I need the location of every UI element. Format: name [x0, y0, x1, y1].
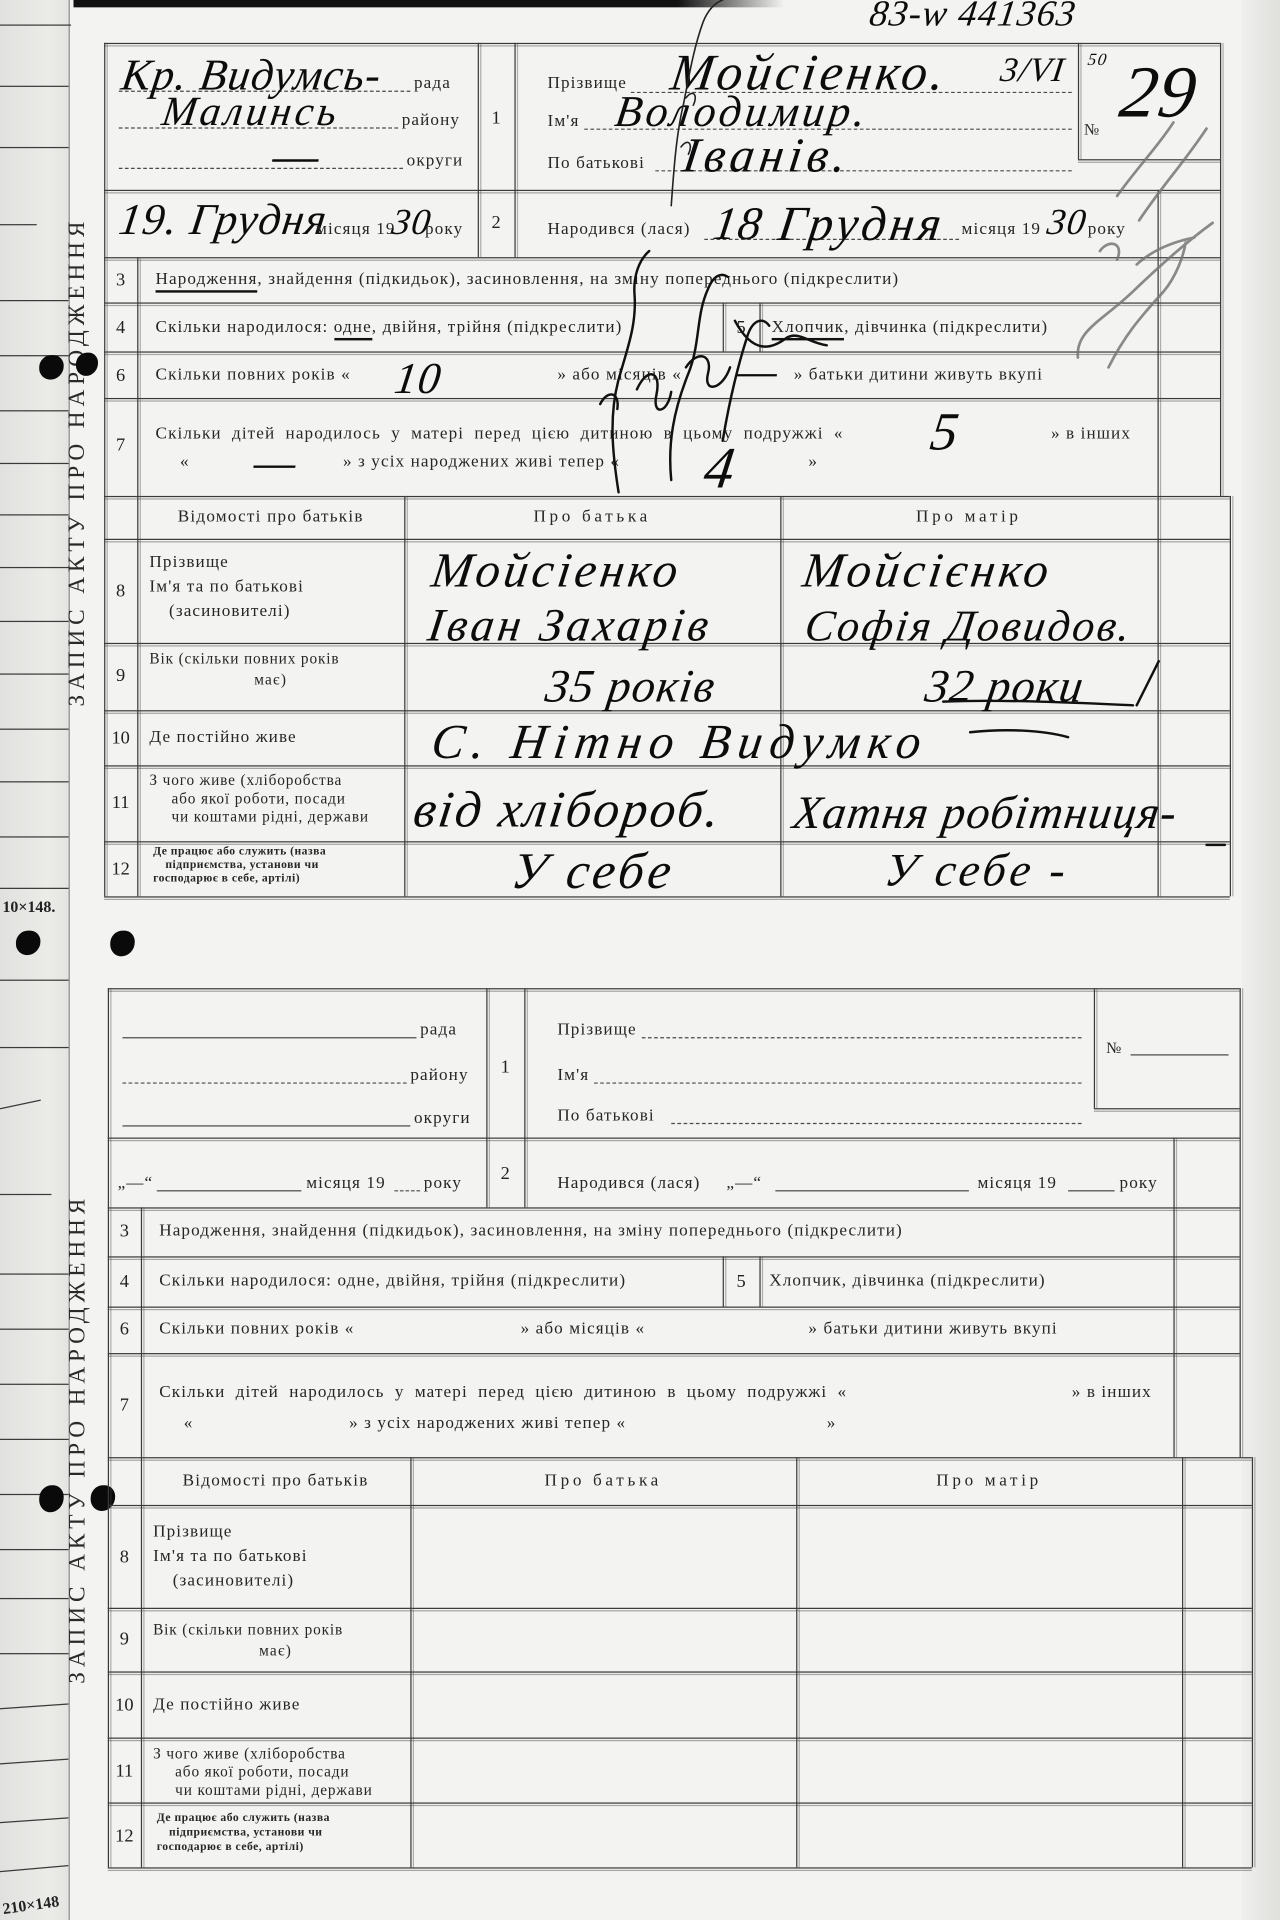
row12-label: господарює в себе, артілі)	[153, 874, 300, 886]
sheet-edge	[0, 1703, 68, 1709]
mother-age: 32 роки	[922, 664, 1087, 711]
sheet-edge	[0, 410, 69, 411]
value-born-month: Грудня	[775, 200, 948, 249]
date-placeholder: „—“	[118, 1176, 154, 1193]
label-okrugy: округи	[414, 1111, 471, 1128]
value-record-note-sup: 50	[1086, 53, 1108, 70]
sheet-edge	[0, 1384, 69, 1385]
form-rule	[108, 1505, 1252, 1506]
row3-rest: , знайдення (підкидьок), засиновлення, н…	[261, 1222, 903, 1240]
sheet-edge	[0, 836, 69, 837]
form-rule	[1078, 159, 1220, 160]
form-rule	[1158, 190, 1159, 496]
label-rada: рада	[414, 76, 451, 93]
value-years-together: 10	[392, 356, 445, 400]
form-rule	[104, 841, 1230, 842]
row11-label: чи коштами рідні, держави	[175, 1783, 372, 1798]
label-number-sign: №	[1084, 121, 1100, 137]
form-rule	[108, 1307, 1240, 1308]
row9-label: Вік (скільки повних років	[153, 1622, 343, 1637]
row5-sex: Хлопчик, дівчинка (підкреслити)	[769, 1273, 1046, 1290]
row6-years-label: Скільки повних років «	[159, 1321, 354, 1338]
form-rule	[108, 988, 109, 1867]
form-rule	[1240, 988, 1241, 1457]
page-edge-strip	[0, 0, 70, 1920]
row11-label: З чого живе (хліборобства	[149, 773, 342, 788]
form-rule	[108, 1457, 1252, 1458]
row8-label: Прізвище	[153, 1524, 232, 1541]
sheet-edge	[0, 1758, 68, 1764]
row-number: 1	[478, 110, 515, 128]
row6-tail-label: » батьки дитини живуть вкупі	[808, 1321, 1057, 1338]
label-month-year: місяця 19	[316, 222, 396, 239]
row-number: 1	[486, 1059, 524, 1077]
form-rule	[796, 1457, 797, 1867]
size-mark-top: 10×148.	[2, 898, 55, 918]
row4-option: одне	[337, 1272, 375, 1290]
row7-quote: «	[180, 454, 190, 471]
archive-code: 83-w 441363	[867, 0, 1079, 33]
fill-line	[122, 1082, 406, 1083]
sheet-edge	[0, 514, 69, 515]
sheet-edge	[0, 781, 69, 782]
row8-label: (засиновителі)	[173, 1573, 294, 1590]
row-number: 10	[108, 1697, 141, 1715]
sheet-edge	[0, 224, 37, 225]
sheet-edge	[0, 24, 71, 25]
row3-option: Народження	[159, 1222, 261, 1240]
underlined-option: одне	[334, 318, 372, 340]
row-number: 8	[108, 1549, 141, 1567]
row-number: 11	[108, 1763, 141, 1781]
value-raion: Малинсь	[159, 92, 343, 134]
row4-text: , двійня, трійня (підкреслити)	[372, 318, 623, 336]
row11-label: З чого живе (хліборобства	[153, 1746, 346, 1761]
row8-label: Ім'я та по батькові	[149, 579, 304, 596]
fill-line	[1131, 1054, 1229, 1055]
row5-option: Хлопчик	[769, 1272, 842, 1290]
form-rule	[108, 1207, 1240, 1208]
value-children-this-marriage: 5	[927, 405, 963, 459]
fill-line	[122, 1037, 416, 1038]
mother-surname: Мойсієнко	[800, 546, 1056, 595]
row4-text: , двійня, трійня (підкреслити)	[375, 1272, 626, 1290]
form-rule	[104, 398, 1220, 399]
form-rule	[759, 302, 760, 351]
label-month-year: місяця 19	[962, 222, 1042, 239]
row4-multiplicity: Скільки народилося: одне, двійня, трійня…	[159, 1273, 626, 1290]
underlined-option: Народження	[156, 271, 258, 293]
row-number: 2	[478, 214, 515, 232]
row-number: 8	[104, 583, 137, 601]
sheet-edge	[0, 729, 69, 730]
row10-label: Де постійно живе	[153, 1697, 300, 1714]
residence: С. Нітно Видумко	[429, 718, 932, 767]
row7-alive-label: » з усіх народжених живі тепер «	[349, 1416, 626, 1433]
label-patronymic: По батькові	[548, 156, 645, 173]
sheet-edge	[0, 1653, 69, 1654]
row11-label: або якої роботи, посади	[175, 1764, 349, 1779]
fill-line	[119, 168, 403, 169]
row6-years-label: Скільки повних років «	[156, 367, 351, 384]
form-rule	[104, 43, 1220, 44]
value-okruha: —	[269, 131, 323, 182]
row10-label: Де постійно живе	[149, 730, 296, 747]
row8-label: Ім'я та по батькові	[153, 1549, 308, 1566]
fill-line	[775, 1190, 969, 1191]
row9-label: Вік (скільки повних років	[149, 651, 339, 666]
row7-other-label: » в інших	[1051, 426, 1131, 443]
row-number: 6	[104, 367, 137, 385]
born-date-placeholder: „—“	[726, 1176, 762, 1193]
sheet-edge	[0, 1194, 51, 1195]
sheet-edge	[0, 673, 69, 674]
row4-text: Скільки народилося:	[159, 1272, 337, 1290]
row7-children-label: Скільки дітей народилось у матері перед …	[159, 1385, 847, 1402]
sheet-edge	[0, 1439, 69, 1440]
form-rule	[1230, 496, 1231, 896]
row-number: 5	[723, 1273, 760, 1291]
form-rule	[104, 43, 105, 896]
row6-tail-label: » батьки дитини живуть вкупі	[794, 367, 1043, 384]
col-header-mother: Про матір	[796, 1473, 1182, 1490]
form-rule	[1078, 43, 1079, 159]
label-raionu: району	[402, 113, 460, 130]
row9-label: має)	[137, 672, 404, 687]
label-okrugy: округи	[407, 153, 464, 170]
form-rule	[404, 496, 405, 896]
form-rule	[1173, 1138, 1174, 1458]
label-year: року	[424, 1176, 462, 1193]
form-rule	[1220, 43, 1221, 496]
sheet-edge	[0, 86, 69, 87]
form-rule	[1252, 1457, 1253, 1867]
row7-quote: «	[184, 1416, 194, 1433]
value-record-note: 3/VI	[998, 54, 1067, 88]
row-number: 3	[108, 1223, 141, 1241]
father-workplace: У себе	[508, 846, 678, 897]
row-number: 12	[108, 1828, 141, 1846]
form-rule	[759, 1256, 760, 1306]
sheet-edge	[0, 1865, 68, 1872]
row12-label: господарює в себе, артілі)	[157, 1843, 304, 1855]
punch-hole	[110, 931, 134, 957]
col-header-father: Про батька	[410, 1473, 796, 1490]
form-rule	[137, 257, 138, 896]
col-header-info: Відомості про батьків	[137, 509, 404, 526]
fill-line	[394, 1190, 420, 1191]
sheet-edge	[0, 621, 69, 622]
form-rule	[104, 539, 1230, 540]
punch-hole	[76, 353, 98, 376]
row5-text: , дівчинка (підкреслити)	[844, 318, 1048, 336]
form-rule	[104, 302, 1220, 303]
underlined-option: Хлопчик	[772, 318, 845, 340]
side-title-top: ЗАПИС АКТУ ПРО НАРОДЖЕННЯ	[64, 195, 91, 728]
form-rule	[514, 43, 515, 257]
form-rule	[104, 257, 1220, 258]
row-number: 4	[104, 320, 137, 338]
label-raionu: району	[410, 1068, 468, 1085]
fill-line	[594, 1082, 1082, 1083]
form-rule	[1094, 1108, 1240, 1109]
row12-label: Де працює або служить (назва	[157, 1813, 330, 1825]
label-given-name: Ім'я	[557, 1068, 589, 1085]
row-number: 11	[104, 795, 137, 813]
father-occupation: від хлібороб.	[410, 785, 725, 836]
father-name: Іван Захарів	[425, 602, 715, 649]
mother-workplace: У себе -	[882, 847, 1072, 894]
label-surname: Прізвище	[548, 76, 627, 93]
sheet-edge	[0, 300, 69, 301]
row-number: 6	[108, 1321, 141, 1339]
row11-label: або якої роботи, посади	[171, 791, 345, 806]
sheet-edge	[0, 888, 69, 889]
sheet-edge	[0, 463, 69, 464]
form-rule	[108, 1608, 1252, 1609]
form-rule	[524, 988, 525, 1207]
form-rule	[108, 1867, 1252, 1868]
label-month-year: місяця 19	[306, 1176, 386, 1193]
col-header-mother: Про матір	[780, 509, 1157, 526]
row7-quote-close: »	[808, 454, 818, 471]
birth-record-form-filled: рада Кр. Видумсь- району Малинсь округи …	[104, 43, 1237, 900]
row12-label: підприємства, установи чи	[165, 861, 318, 873]
row6-months-label: » або місяців «	[521, 1321, 646, 1338]
row-number: 3	[104, 272, 137, 290]
row-number: 12	[104, 861, 137, 879]
form-rule	[108, 1353, 1240, 1354]
value-child-patronymic: Іванів.	[680, 131, 854, 180]
form-rule	[108, 1802, 1252, 1803]
label-born: Народився (лася)	[548, 222, 691, 239]
form-rule	[108, 1738, 1252, 1739]
row3-event-type: Народження, знайдення (підкидьок), засин…	[159, 1223, 903, 1240]
father-surname: Мойсіенко	[429, 546, 685, 595]
sheet-edge	[0, 980, 69, 981]
row-number: 9	[108, 1631, 141, 1649]
row-number: 10	[104, 730, 137, 748]
row9-label: має)	[141, 1643, 410, 1658]
label-given-name: Ім'я	[548, 114, 580, 131]
side-title-bottom: ЗАПИС АКТУ ПРО НАРОДЖЕННЯ	[65, 1176, 92, 1703]
sheet-edge	[0, 1273, 69, 1274]
value-children-other: —	[251, 440, 300, 487]
value-months-together: —	[735, 349, 782, 393]
form-rule	[141, 1207, 142, 1867]
scanned-birth-register-page: 83-w 441363 ЗАПИС АКТУ ПРО НАРОДЖЕННЯ ЗА…	[0, 0, 1280, 1920]
mother-occupation: Хатня робітниця-	[790, 790, 1180, 837]
form-rule	[104, 496, 1230, 497]
value-born-year: 30	[1045, 204, 1089, 241]
mother-name: Софія Довидов.	[802, 604, 1135, 648]
sheet-edge	[0, 1329, 69, 1330]
birth-record-form-blank: рада району округи „—“ місяця 19 року 1 …	[108, 988, 1259, 1872]
form-rule	[410, 1457, 411, 1867]
form-rule	[108, 1671, 1252, 1672]
row-number: 7	[108, 1397, 141, 1415]
row12-label: Де працює або служить (назва	[153, 847, 326, 859]
label-born: Народився (лася)	[557, 1176, 700, 1193]
fill-line	[122, 1125, 410, 1126]
form-rule	[1094, 988, 1095, 1108]
label-year: року	[1088, 222, 1126, 239]
row3-rest: , знайдення (підкидьок), засиновлення, н…	[257, 271, 899, 289]
form-rule	[1182, 1457, 1183, 1867]
sheet-edge	[0, 1598, 69, 1599]
row12-label: підприємства, установи чи	[169, 1828, 322, 1840]
form-rule	[104, 190, 1220, 191]
row-number: 7	[104, 437, 137, 455]
value-alive-now: 4	[701, 440, 740, 499]
sheet-edge	[0, 147, 69, 148]
row5-sex: Хлопчик, дівчинка (підкреслити)	[772, 320, 1049, 337]
form-rule	[780, 496, 781, 896]
row3-event-type: Народження, знайдення (підкидьок), засин…	[156, 272, 900, 289]
row11-label: чи коштами рідні, держави	[171, 809, 368, 824]
row8-label: Прізвище	[149, 555, 228, 572]
row-number: 9	[104, 667, 137, 685]
col-header-info: Відомості про батьків	[141, 1473, 410, 1490]
label-surname: Прізвище	[557, 1022, 636, 1039]
row7-quote-close: »	[827, 1416, 837, 1433]
sheet-edge	[0, 1817, 68, 1823]
fill-line	[157, 1190, 302, 1191]
sheet-edge	[0, 1100, 41, 1110]
label-patronymic: По батькові	[557, 1108, 654, 1125]
row-number: 2	[486, 1166, 524, 1184]
fill-line	[1068, 1190, 1115, 1191]
row6-months-label: » або місяців «	[557, 367, 682, 384]
label-rada: рада	[420, 1022, 457, 1039]
label-year: року	[1120, 1176, 1158, 1193]
row7-other-label: » в інших	[1072, 1385, 1152, 1402]
sheet-edge	[0, 567, 69, 568]
father-age: 35 років	[543, 664, 719, 711]
label-number-sign: №	[1106, 1040, 1122, 1056]
fill-line	[642, 1037, 1082, 1038]
row4-multiplicity: Скільки народилося: одне, двійня, трійня…	[156, 320, 623, 337]
sheet-edge	[0, 1549, 69, 1550]
value-born-day: 18	[710, 201, 766, 248]
value-record-number: 29	[1116, 55, 1202, 128]
scan-edge-bar	[73, 0, 783, 7]
form-rule	[108, 1256, 1240, 1257]
row4-text: Скільки народилося:	[156, 318, 334, 336]
label-year: року	[425, 222, 463, 239]
row8-label: (засиновителі)	[169, 604, 290, 621]
row-number: 5	[723, 320, 760, 338]
value-registered-date: 19. Грудня	[116, 197, 330, 241]
label-month-year: місяця 19	[977, 1176, 1057, 1193]
form-rule	[104, 351, 1220, 352]
form-rule	[108, 1138, 1240, 1139]
row7-alive-label: » з усіх народжених живі тепер «	[343, 454, 620, 471]
row5-text: , дівчинка (підкреслити)	[842, 1272, 1046, 1290]
fill-line	[671, 1123, 1081, 1124]
sheet-edge	[0, 1047, 69, 1048]
form-rule	[108, 988, 1240, 989]
col-header-father: Про батька	[404, 509, 780, 526]
row-number: 4	[108, 1273, 141, 1291]
